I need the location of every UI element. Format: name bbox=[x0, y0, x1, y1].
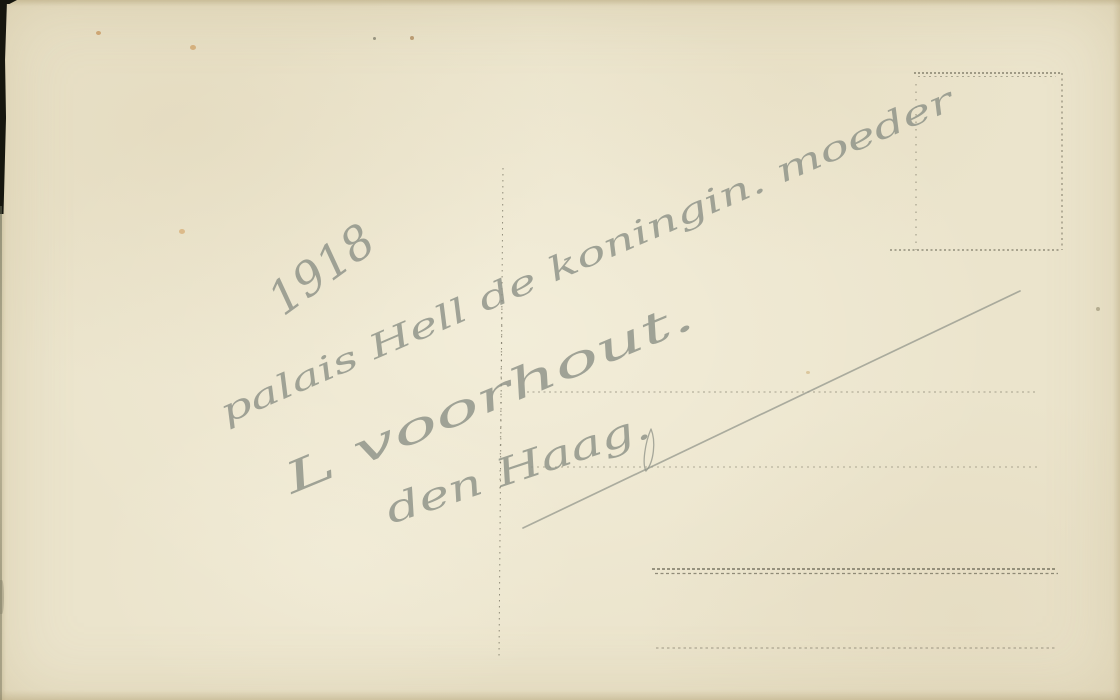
postcard-printed-and-handwritten-layer: 1918 palais Hell de koningin. moeder L v… bbox=[0, 0, 1120, 700]
postcard-scan: 1918 palais Hell de koningin. moeder L v… bbox=[0, 0, 1120, 700]
handwriting: 1918 palais Hell de koningin. moeder L v… bbox=[214, 79, 1020, 533]
paper-edge-notch bbox=[0, 580, 4, 614]
handwriting-year: 1918 bbox=[258, 213, 385, 326]
paper-deckle-edge bbox=[0, 206, 2, 700]
